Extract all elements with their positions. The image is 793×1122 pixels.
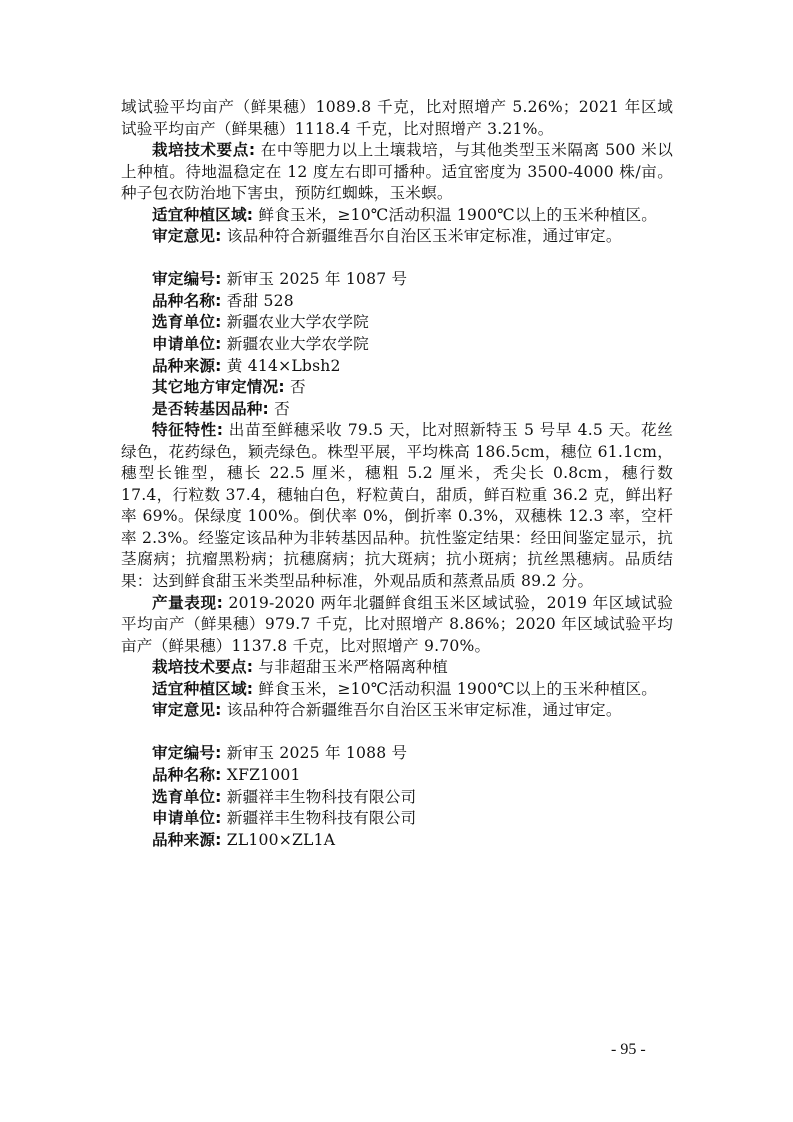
opinion-label: 审定意见: xyxy=(152,701,222,719)
field-label: 选育单位: xyxy=(152,788,222,806)
opinion-paragraph: 审定意见: 该品种符合新疆维吾尔自治区玉米审定标准，通过审定。 xyxy=(121,226,673,248)
approval-number-row: 审定编号: 新审玉 2025 年 1088 号 xyxy=(121,743,673,765)
field-value: 新疆农业大学农学院 xyxy=(222,335,369,353)
breeder-row: 选育单位: 新疆祥丰生物科技有限公司 xyxy=(121,787,673,809)
cultivation-paragraph: 栽培技术要点: 与非超甜玉米严格隔离种植 xyxy=(121,657,673,679)
source-row: 品种来源: ZL100×ZL1A xyxy=(121,830,673,852)
yield-paragraph: 产量表现: 2019-2020 两年北疆鲜食组玉米区域试验，2019 年区域试验… xyxy=(121,593,673,658)
field-value: 否 xyxy=(269,400,290,418)
other-approval-row: 其它地方审定情况: 否 xyxy=(121,377,673,399)
field-value: 黄 414×Lbsh2 xyxy=(222,357,341,375)
gmo-row: 是否转基因品种: 否 xyxy=(121,399,673,421)
variety-name-row: 品种名称: 香甜 528 xyxy=(121,291,673,313)
page-number: - 95 - xyxy=(611,1041,646,1059)
field-value: 香甜 528 xyxy=(222,292,294,310)
cultivation-label: 栽培技术要点: xyxy=(152,141,255,159)
yield-label: 产量表现: xyxy=(152,594,223,612)
field-label: 品种来源: xyxy=(152,831,222,849)
field-label: 审定编号: xyxy=(152,270,222,288)
opinion-text: 该品种符合新疆维吾尔自治区玉米审定标准，通过审定。 xyxy=(222,701,622,719)
region-paragraph: 适宜种植区域: 鲜食玉米，≥10℃活动积温 1900℃以上的玉米种植区。 xyxy=(121,205,673,227)
field-value: ZL100×ZL1A xyxy=(222,831,336,849)
field-value: 新疆祥丰生物科技有限公司 xyxy=(222,788,417,806)
cultivation-label: 栽培技术要点: xyxy=(152,658,253,676)
field-value: 否 xyxy=(285,378,306,396)
opinion-paragraph: 审定意见: 该品种符合新疆维吾尔自治区玉米审定标准，通过审定。 xyxy=(121,700,673,722)
traits-paragraph: 特征特性: 出苗至鲜穗采收 79.5 天，比对照新特玉 5 号早 4.5 天。花… xyxy=(121,420,673,592)
field-value: 新审玉 2025 年 1087 号 xyxy=(222,270,408,288)
yield-continuation: 域试验平均亩产（鲜果穗）1089.8 千克，比对照增产 5.26%；2021 年… xyxy=(121,97,673,140)
region-text: 鲜食玉米，≥10℃活动积温 1900℃以上的玉米种植区。 xyxy=(253,206,657,224)
field-label: 选育单位: xyxy=(152,313,222,331)
variety-entry-1088: 审定编号: 新审玉 2025 年 1088 号 品种名称: XFZ1001 选育… xyxy=(121,743,673,851)
field-value: 新疆农业大学农学院 xyxy=(222,313,369,331)
region-paragraph: 适宜种植区域: 鲜食玉米，≥10℃活动积温 1900℃以上的玉米种植区。 xyxy=(121,679,673,701)
document-page: 域试验平均亩产（鲜果穗）1089.8 千克，比对照增产 5.26%；2021 年… xyxy=(121,97,673,851)
applicant-row: 申请单位: 新疆农业大学农学院 xyxy=(121,334,673,356)
traits-label: 特征特性: xyxy=(152,421,223,439)
cultivation-paragraph: 栽培技术要点: 在中等肥力以上土壤栽培，与其他类型玉米隔离 500 米以上种植。… xyxy=(121,140,673,205)
section-gap xyxy=(121,248,673,270)
variety-name-row: 品种名称: XFZ1001 xyxy=(121,765,673,787)
source-row: 品种来源: 黄 414×Lbsh2 xyxy=(121,356,673,378)
region-label: 适宜种植区域: xyxy=(152,206,253,224)
field-label: 审定编号: xyxy=(152,744,222,762)
field-value: 新审玉 2025 年 1088 号 xyxy=(222,744,408,762)
cultivation-text: 与非超甜玉米严格隔离种植 xyxy=(253,658,448,676)
field-label: 品种名称: xyxy=(152,766,222,784)
traits-text: 出苗至鲜穗采收 79.5 天，比对照新特玉 5 号早 4.5 天。花丝绿色，花药… xyxy=(121,421,673,590)
approval-number-row: 审定编号: 新审玉 2025 年 1087 号 xyxy=(121,269,673,291)
section-gap xyxy=(121,722,673,744)
region-text: 鲜食玉米，≥10℃活动积温 1900℃以上的玉米种植区。 xyxy=(253,680,657,698)
field-label: 品种来源: xyxy=(152,357,222,375)
field-label: 申请单位: xyxy=(152,335,222,353)
opinion-label: 审定意见: xyxy=(152,227,222,245)
field-value: 新疆祥丰生物科技有限公司 xyxy=(222,809,417,827)
applicant-row: 申请单位: 新疆祥丰生物科技有限公司 xyxy=(121,808,673,830)
field-label: 是否转基因品种: xyxy=(152,400,269,418)
variety-entry-1087: 审定编号: 新审玉 2025 年 1087 号 品种名称: 香甜 528 选育单… xyxy=(121,269,673,721)
field-label: 申请单位: xyxy=(152,809,222,827)
opinion-text: 该品种符合新疆维吾尔自治区玉米审定标准，通过审定。 xyxy=(222,227,622,245)
field-value: XFZ1001 xyxy=(222,766,301,784)
field-label: 品种名称: xyxy=(152,292,222,310)
field-label: 其它地方审定情况: xyxy=(152,378,285,396)
region-label: 适宜种植区域: xyxy=(152,680,253,698)
breeder-row: 选育单位: 新疆农业大学农学院 xyxy=(121,312,673,334)
